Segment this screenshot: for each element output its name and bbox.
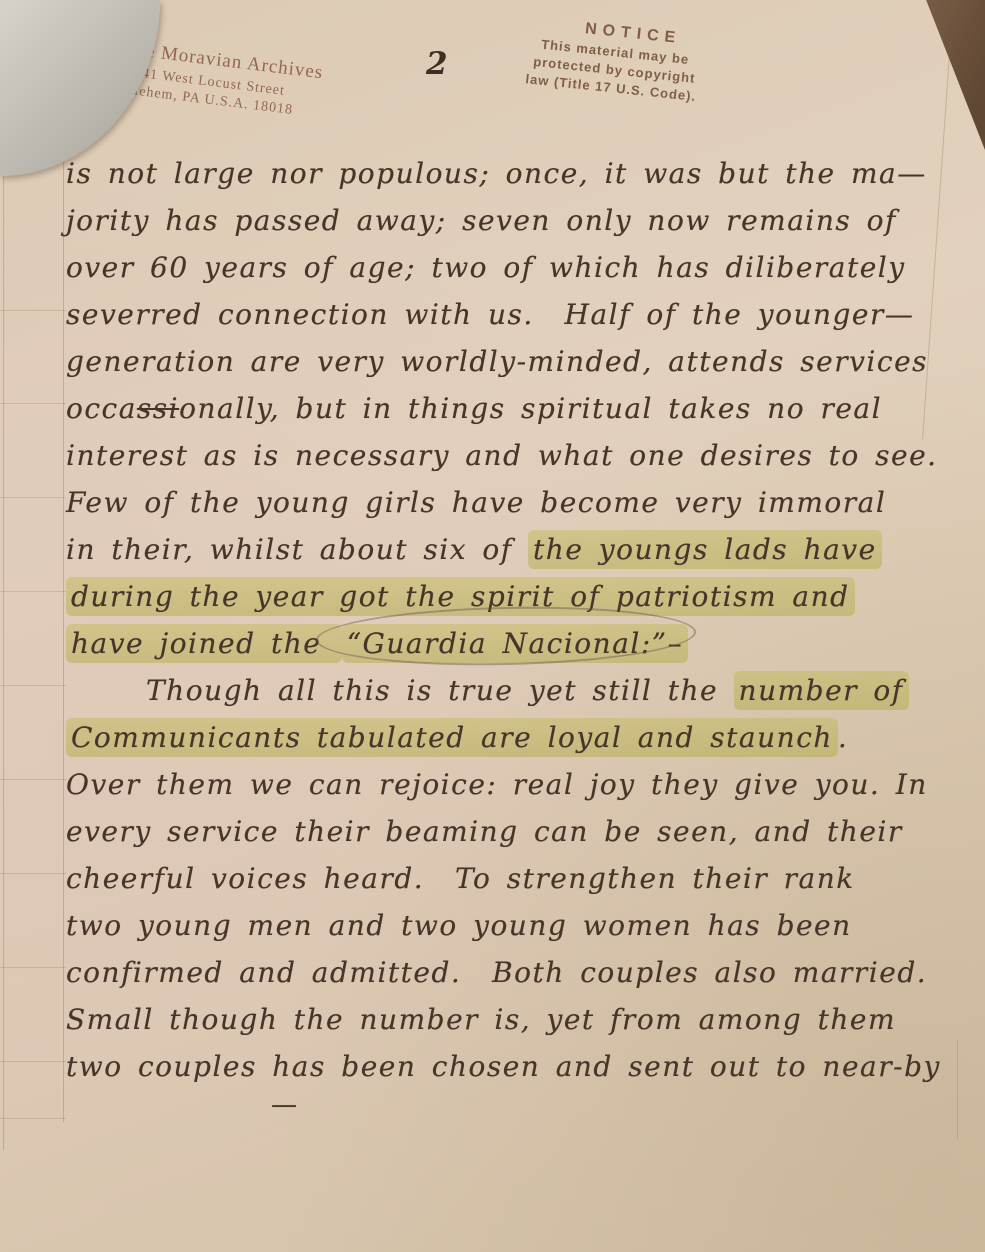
ledger-line: [0, 685, 66, 686]
handwritten-text: is not large nor populous; once, it was …: [66, 157, 927, 190]
manuscript-page: The Moravian Archives 41 West Locust Str…: [0, 0, 985, 1252]
handwritten-text: Small though the number is, yet from amo…: [66, 1003, 896, 1036]
handwritten-text: Over them we can rejoice: real joy they …: [66, 768, 928, 801]
handwritten-text: jority has passed away; seven only now r…: [66, 204, 897, 237]
manuscript-line: every service their beaming can be seen,…: [66, 808, 966, 855]
manuscript-line: occassionally, but in things spiritual t…: [66, 385, 966, 432]
margin-rule-outer: [3, 150, 4, 1150]
ledger-line: [0, 497, 66, 498]
handwritten-text: severred connection with us. Half of the…: [66, 298, 914, 331]
margin-rule-inner: [63, 0, 64, 1122]
handwritten-text: Few of the young girls have become very …: [66, 486, 886, 519]
ledger-line: [0, 1061, 66, 1062]
page-number: 2: [426, 46, 448, 82]
manuscript-line: is not large nor populous; once, it was …: [66, 150, 966, 197]
ledger-line: [0, 967, 66, 968]
handwritten-text: two couples has been chosen and sent out…: [66, 1050, 941, 1083]
highlighted-text: Communicants tabulated are loyal and sta…: [66, 718, 838, 757]
ledger-line: [0, 1118, 66, 1119]
manuscript: is not large nor populous; once, it was …: [66, 150, 966, 1130]
manuscript-line: two young men and two young women has be…: [66, 902, 966, 949]
manuscript-line: confirmed and admitted. Both couples als…: [66, 949, 966, 996]
handwritten-text: interest as is necessary and what one de…: [66, 439, 938, 472]
ledger-line: [0, 873, 66, 874]
highlighted-text: the youngs lads have: [528, 530, 882, 569]
manuscript-line: severred connection with us. Half of the…: [66, 291, 966, 338]
handwritten-text: .: [838, 721, 848, 754]
handwritten-text: onally, but in things spiritual takes no…: [179, 392, 882, 425]
copyright-notice-stamp: NOTICE This material may be protected by…: [537, 16, 743, 109]
end-mark: —: [271, 1090, 966, 1130]
manuscript-line: cheerful voices heard. To strengthen the…: [66, 855, 966, 902]
manuscript-line: over 60 years of age; two of which has d…: [66, 244, 966, 291]
ledger-line: [0, 310, 66, 311]
ledger-line: [0, 403, 66, 404]
handwritten-text: over 60 years of age; two of which has d…: [66, 251, 906, 284]
handwritten-text: in their, whilst about six of: [66, 533, 528, 566]
handwritten-text: cheerful voices heard. To strengthen the…: [66, 862, 855, 895]
manuscript-line: have joined the “Guardia Nacional:”–: [66, 620, 966, 667]
manuscript-line: interest as is necessary and what one de…: [66, 432, 966, 479]
handwritten-text: every service their beaming can be seen,…: [66, 815, 903, 848]
handwritten-text: generation are very worldly-minded, atte…: [66, 345, 928, 378]
highlighted-text: number of: [734, 671, 909, 710]
highlighted-text: “Guardia Nacional:”–: [342, 624, 688, 663]
manuscript-line: Over them we can rejoice: real joy they …: [66, 761, 966, 808]
handwritten-text: two young men and two young women has be…: [66, 909, 852, 942]
manuscript-line: two couples has been chosen and sent out…: [66, 1043, 966, 1090]
manuscript-line: Though all this is true yet still the nu…: [146, 667, 966, 714]
manuscript-line: during the year got the spirit of patrio…: [66, 573, 966, 620]
ledger-line: [0, 779, 66, 780]
highlighted-text: have joined the: [66, 624, 342, 663]
manuscript-line: generation are very worldly-minded, atte…: [66, 338, 966, 385]
manuscript-line: Small though the number is, yet from amo…: [66, 996, 966, 1043]
handwritten-text: ssi: [137, 392, 179, 425]
manuscript-line: jority has passed away; seven only now r…: [66, 197, 966, 244]
handwritten-text: confirmed and admitted. Both couples als…: [66, 956, 927, 989]
manuscript-line: in their, whilst about six of the youngs…: [66, 526, 966, 573]
handwritten-text: occa: [66, 392, 137, 425]
handwritten-text: Though all this is true yet still the: [146, 674, 734, 707]
manuscript-line: Communicants tabulated are loyal and sta…: [66, 714, 966, 761]
manuscript-line: Few of the young girls have become very …: [66, 479, 966, 526]
ledger-line: [0, 591, 66, 592]
highlighted-text: during the year got the spirit of patrio…: [66, 577, 855, 616]
